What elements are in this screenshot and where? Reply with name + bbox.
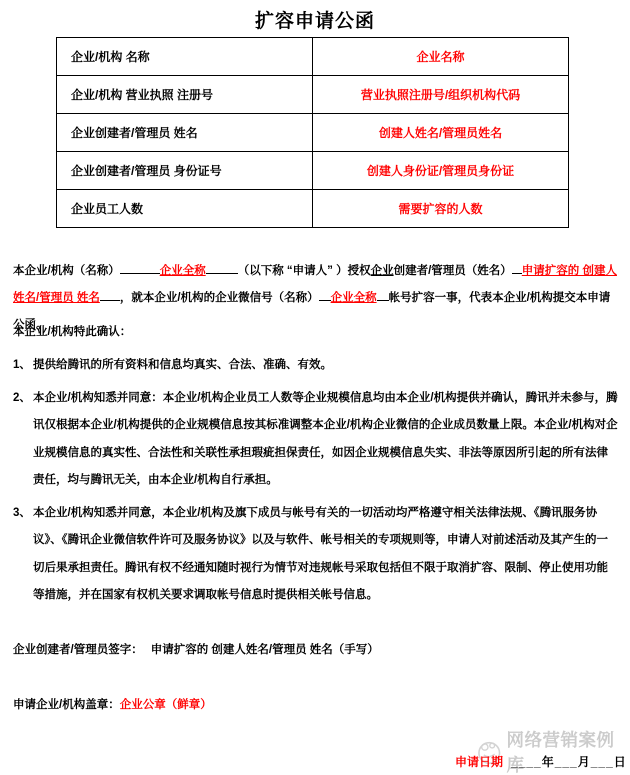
term-text: 本企业/机构知悉并同意，本企业/机构及旗下成员与帐号有关的一切活动均严格遵守相关… <box>33 507 608 602</box>
field-value-admin-name: 创建人姓名/管理员姓名 <box>313 114 569 152</box>
fill-in-company-full-name: 企业全称 <box>160 265 206 277</box>
field-label-admin-name: 企业创建者/管理员 姓名 <box>57 114 313 152</box>
table-row: 企业创建者/管理员 姓名 创建人姓名/管理员姓名 <box>57 114 569 152</box>
application-form-table: 企业/机构 名称 企业名称 企业/机构 营业执照 注册号 营业执照注册号/组织机… <box>56 37 569 228</box>
field-value-license-number: 营业执照注册号/组织机构代码 <box>313 76 569 114</box>
fill-in-blank <box>319 288 331 301</box>
field-value-employee-count: 需要扩容的人数 <box>313 190 569 228</box>
fill-in-wechat-account-name: 企业全称 <box>331 292 377 304</box>
fill-in-blank <box>206 261 238 274</box>
confirmation-lead-line: 本企业/机构特此确认： <box>13 319 619 346</box>
field-label-license-number: 企业/机构 营业执照 注册号 <box>57 76 313 114</box>
signature-label: 企业创建者/管理员签字： <box>13 644 143 656</box>
signature-line: 企业创建者/管理员签字：申请扩容的 创建人姓名/管理员 姓名（手写） <box>13 641 619 657</box>
term-number: 2、 <box>13 385 31 413</box>
fill-in-blank <box>100 288 120 301</box>
document-title: 扩容申请公函 <box>0 6 630 33</box>
table-row: 企业/机构 营业执照 注册号 营业执照注册号/组织机构代码 <box>57 76 569 114</box>
term-number: 3、 <box>13 500 31 528</box>
field-label-company-name: 企业/机构 名称 <box>57 38 313 76</box>
term-text: 提供给腾讯的所有资料和信息均真实、合法、准确、有效。 <box>33 359 332 371</box>
fill-in-blank <box>120 261 160 274</box>
stamp-line: 申请企业/机构盖章：企业公章（鲜章） <box>13 696 619 712</box>
table-row: 企业/机构 名称 企业名称 <box>57 38 569 76</box>
terms-list: 1、 提供给腾讯的所有资料和信息均真实、合法、准确、有效。 2、 本企业/机构知… <box>13 352 619 615</box>
stamp-placeholder: 企业公章（鲜章） <box>120 699 212 711</box>
term-item-2: 2、 本企业/机构知悉并同意：本企业/机构企业员工人数等企业规模信息均由本企业/… <box>13 385 619 495</box>
intro-text: （以下称 “申请人” ）授权 <box>238 265 371 277</box>
field-label-admin-id: 企业创建者/管理员 身份证号 <box>57 152 313 190</box>
date-fill-in-blank: ____年___月___日 <box>511 755 627 769</box>
fill-in-blank <box>377 288 389 301</box>
intro-text: ，就本企业/机构的企业微信号（名称） <box>120 292 319 304</box>
term-item-3: 3、 本企业/机构知悉并同意，本企业/机构及旗下成员与帐号有关的一切活动均严格遵… <box>13 500 619 610</box>
intro-underlined-text: 企业 <box>371 265 394 277</box>
term-number: 1、 <box>13 352 31 380</box>
fill-in-blank <box>512 261 522 274</box>
intro-text: 本企业/机构（名称） <box>13 265 120 277</box>
field-label-employee-count: 企业员工人数 <box>57 190 313 228</box>
field-value-company-name: 企业名称 <box>313 38 569 76</box>
table-row: 企业创建者/管理员 身份证号 创建人身份证/管理员身份证 <box>57 152 569 190</box>
date-label: 申请日期 <box>455 755 503 769</box>
stamp-label: 申请企业/机构盖章： <box>13 699 120 711</box>
application-date-line: 申请日期____年___月___日 <box>455 753 627 770</box>
table-row: 企业员工人数 需要扩容的人数 <box>57 190 569 228</box>
term-text: 本企业/机构知悉并同意：本企业/机构企业员工人数等企业规模信息均由本企业/机构提… <box>33 392 618 487</box>
signature-placeholder: 申请扩容的 创建人姓名/管理员 姓名（手写） <box>151 644 379 656</box>
document-page: 扩容申请公函 企业/机构 名称 企业名称 企业/机构 营业执照 注册号 营业执照… <box>0 0 630 775</box>
field-value-admin-id: 创建人身份证/管理员身份证 <box>313 152 569 190</box>
term-item-1: 1、 提供给腾讯的所有资料和信息均真实、合法、准确、有效。 <box>13 352 619 380</box>
intro-text: 创建者/管理员（姓名） <box>394 265 512 277</box>
